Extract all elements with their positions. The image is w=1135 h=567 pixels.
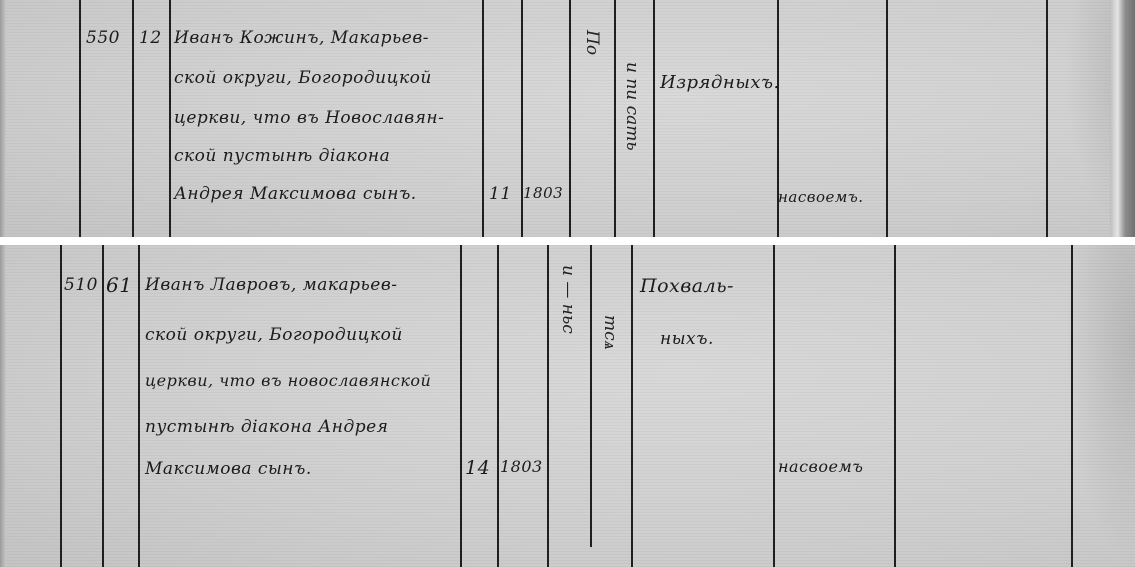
year-value: 1803 (500, 457, 543, 476)
entry-line: ской округи, Богородицкой (174, 68, 432, 88)
paper-edge-left (0, 245, 6, 567)
entry-line: Иванъ Кожинъ, Макарьев- (174, 28, 429, 48)
status: насвоемъ (778, 457, 863, 476)
paper-edge-left (0, 0, 6, 237)
entry-line: Андрея Максимова сынъ. (174, 184, 417, 204)
column-rule (590, 245, 592, 547)
vertical-note-a: По (582, 30, 602, 55)
assessment-line: Похваль- (640, 275, 734, 297)
column-rule (894, 245, 896, 567)
entry-line: ской пустынѣ діакона (174, 146, 390, 166)
vertical-note-b: и пи сать (622, 62, 642, 151)
column-rule (886, 0, 888, 237)
column-rule (547, 245, 549, 567)
status: насвоемъ. (778, 188, 864, 206)
paper-shadow (1065, 245, 1135, 567)
column-rule (614, 0, 616, 237)
column-rule (460, 245, 462, 567)
age-value: 11 (489, 184, 512, 204)
vertical-note-b: тсѧ (600, 315, 620, 350)
serial-number: 12 (139, 28, 162, 48)
column-rule (773, 245, 775, 567)
column-rule (1071, 245, 1073, 567)
entry-line: ской округи, Богородицкой (145, 325, 403, 345)
serial-number: 61 (106, 273, 132, 297)
column-rule (79, 0, 81, 237)
column-rule (653, 0, 655, 237)
assessment-line: ныхъ. (660, 329, 714, 349)
entry-line: церкви, что въ Новославян- (174, 108, 444, 128)
entry-line: пустынѣ діакона Андрея (145, 417, 388, 437)
vertical-note-a: и — ньс (558, 265, 578, 334)
year-value: 1803 (523, 184, 563, 202)
column-rule (497, 245, 499, 567)
register-fragment-bottom: 510 61 Иванъ Лавровъ, макарьев- ской окр… (0, 245, 1135, 567)
column-rule (482, 0, 484, 237)
column-rule (132, 0, 134, 237)
column-rule (569, 0, 571, 237)
column-rule (60, 245, 62, 567)
column-rule (102, 245, 104, 567)
column-rule (1046, 0, 1048, 237)
record-number: 550 (86, 28, 120, 48)
column-rule (631, 245, 633, 567)
record-number: 510 (64, 275, 98, 295)
assessment: Изрядныхъ. (660, 72, 780, 93)
age-value: 14 (465, 457, 490, 479)
register-fragment-top: 550 12 Иванъ Кожинъ, Макарьев- ской окру… (0, 0, 1135, 237)
entry-line: Иванъ Лавровъ, макарьев- (145, 275, 398, 295)
column-rule (138, 245, 140, 567)
column-rule (169, 0, 171, 237)
paper-edge-right (1110, 0, 1135, 237)
entry-line: церкви, что въ новославянской (145, 371, 431, 390)
entry-line: Максимова сынъ. (145, 459, 312, 479)
